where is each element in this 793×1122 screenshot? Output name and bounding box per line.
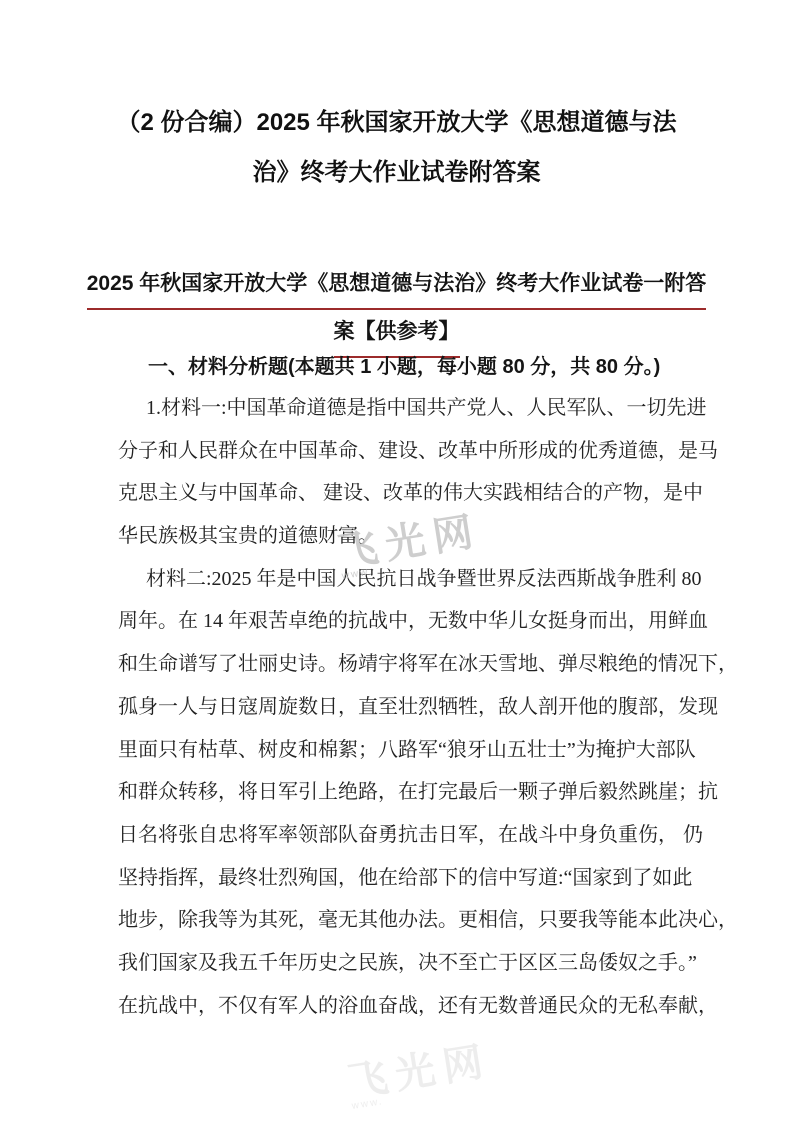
section-heading: 一、材料分析题(本题共 1 小题，每小题 80 分，共 80 分。) (118, 352, 675, 382)
body-line: 坚持指挥，最终壮烈殉国，他在给部下的信中写道:“国家到了如此 (118, 857, 675, 900)
body-line: 和群众转移，将日军引上绝路，在打完最后一颗子弹后毅然跳崖；抗 (118, 771, 675, 814)
answer-paper-heading: 2025 年秋国家开放大学《思想道德与法治》终考大作业试卷一附答 案【供参考】 (70, 262, 723, 358)
body-line: 和生命谱写了壮丽史诗。杨靖宇将军在冰天雪地、弹尽粮绝的情况下， (118, 643, 675, 686)
watermark-faint: 飞光网 www. (345, 1041, 495, 1112)
answer-paper-heading-line-2: 案【供参考】 (70, 310, 723, 358)
watermark-text: 飞光网 (345, 1041, 493, 1103)
document-body: 1.材料一:中国革命道德是指中国共产党人、人民军队、一切先进分子和人民群众在中国… (118, 387, 675, 1027)
body-line: 分子和人民群众在中国革命、建设、改革中所形成的优秀道德，是马 (118, 430, 675, 473)
body-line: 克思主义与中国革命、 建设、改革的伟大实践相结合的产物，是中 (118, 472, 675, 515)
body-line: 里面只有枯草、树皮和棉絮；八路军“狼牙山五壮士”为掩护大部队 (118, 729, 675, 772)
document-page: （2 份合编）2025 年秋国家开放大学《思想道德与法 治》终考大作业试卷附答案… (0, 0, 793, 1122)
body-line: 华民族极其宝贵的道德财富。 (118, 515, 675, 558)
watermark-url: www. (351, 1079, 495, 1112)
document-title-line-1: （2 份合编）2025 年秋国家开放大学《思想道德与法 (70, 98, 723, 148)
document-title: （2 份合编）2025 年秋国家开放大学《思想道德与法 治》终考大作业试卷附答案 (70, 98, 723, 198)
body-line: 在抗战中，不仅有军人的浴血奋战，还有无数普通民众的无私奉献， (118, 985, 675, 1028)
body-line: 我们国家及我五千年历史之民族，决不至亡于区区三岛倭奴之手。” (118, 942, 675, 985)
body-line: 材料二:2025 年是中国人民抗日战争暨世界反法西斯战争胜利 80 (118, 558, 675, 601)
document-title-line-2: 治》终考大作业试卷附答案 (70, 148, 723, 198)
body-line: 地步，除我等为其死，毫无其他办法。更相信，只要我等能本此决心， (118, 899, 675, 942)
answer-paper-heading-line-1: 2025 年秋国家开放大学《思想道德与法治》终考大作业试卷一附答 (70, 262, 723, 310)
body-line: 孤身一人与日寇周旋数日，直至壮烈牺牲，敌人剖开他的腹部，发现 (118, 686, 675, 729)
body-line: 1.材料一:中国革命道德是指中国共产党人、人民军队、一切先进 (118, 387, 675, 430)
body-line: 日名将张自忠将军率领部队奋勇抗击日军，在战斗中身负重伤， 仍 (118, 814, 675, 857)
body-line: 周年。在 14 年艰苦卓绝的抗战中，无数中华儿女挺身而出，用鲜血 (118, 600, 675, 643)
